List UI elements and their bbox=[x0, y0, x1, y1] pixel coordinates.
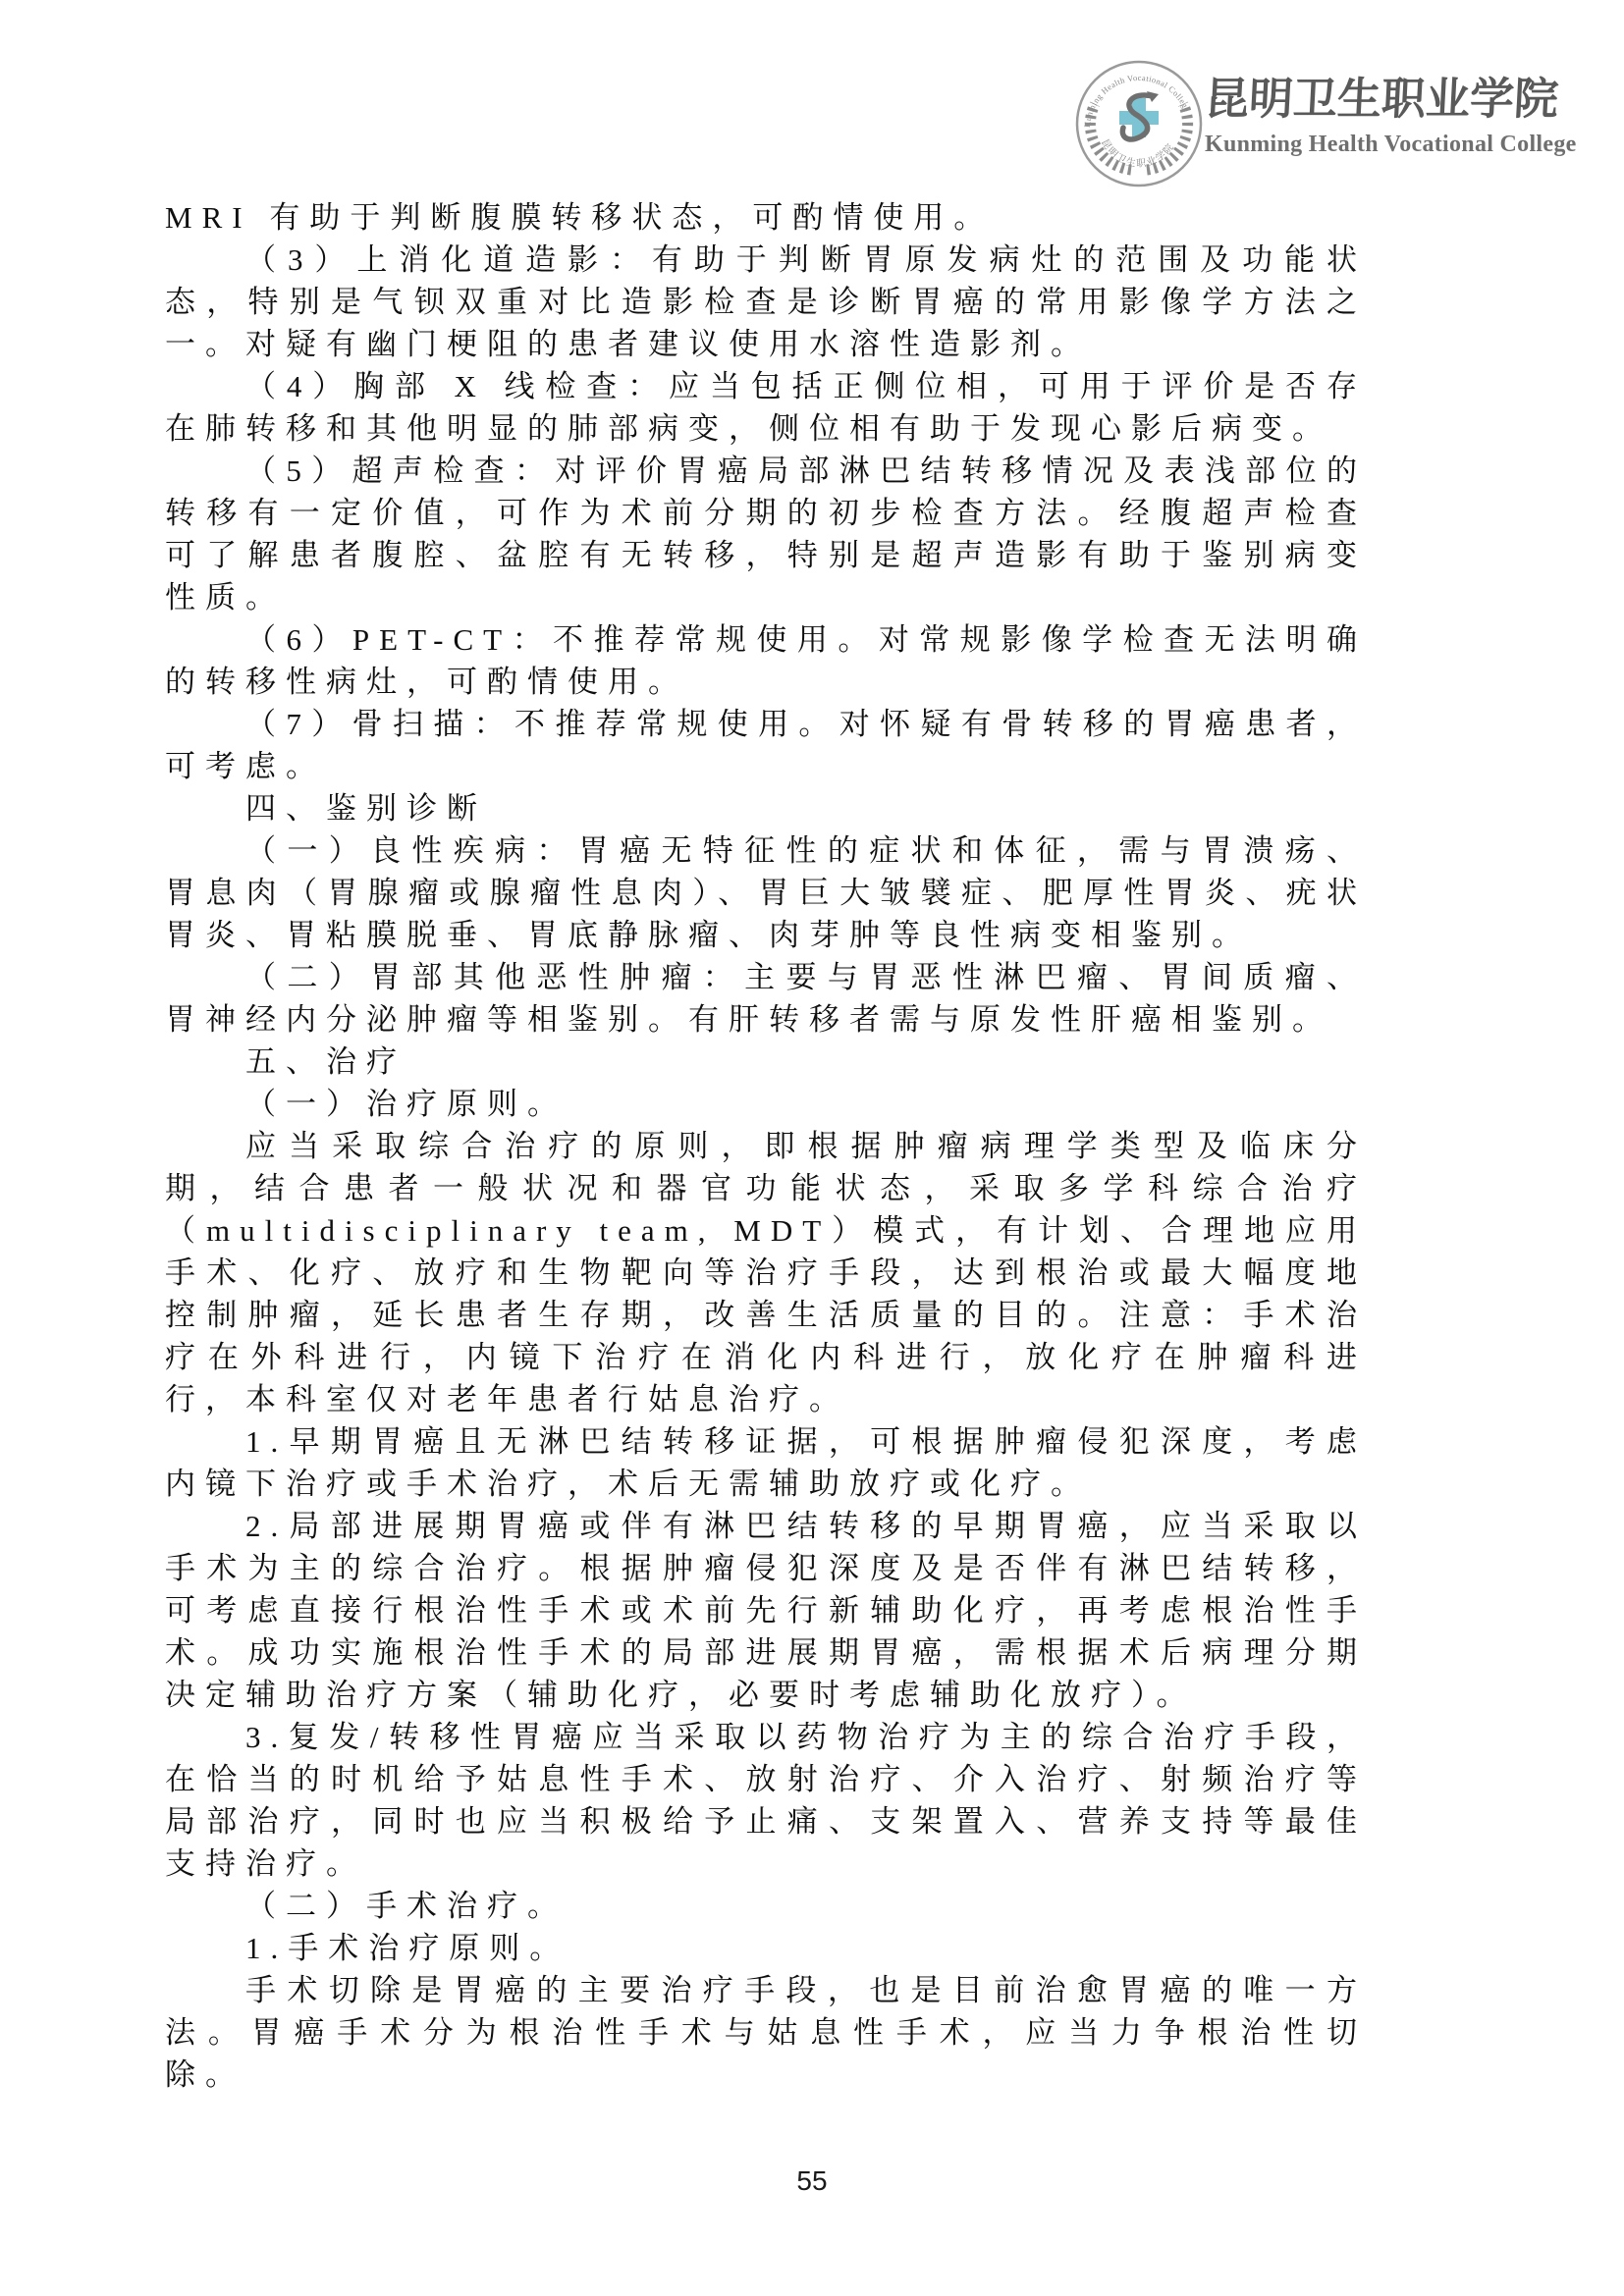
paragraph: MRI 有助于判断腹膜转移状态，可酌情使用。 bbox=[165, 196, 1367, 239]
paragraph: （5）超声检查：对评价胃癌局部淋巴结转移情况及表浅部位的转移有一定价值，可作为术… bbox=[165, 450, 1367, 618]
college-seal: Kunming Health Vocational College 昆明卫生职业… bbox=[1074, 59, 1204, 188]
paragraph: 2.局部进展期胃癌或伴有淋巴结转移的早期胃癌，应当采取以手术为主的综合治疗。根据… bbox=[165, 1505, 1367, 1716]
paragraph: 3.复发/转移性胃癌应当采取以药物治疗为主的综合治疗手段，在恰当的时机给予姑息性… bbox=[165, 1716, 1367, 1885]
seal-ring-text-bottom: 昆明卫生职业学院 bbox=[1099, 137, 1177, 170]
paragraph: （二）手术治疗。 bbox=[165, 1885, 1367, 1927]
document-body: MRI 有助于判断腹膜转移状态，可酌情使用。（3）上消化道造影：有助于判断胃原发… bbox=[165, 196, 1367, 2096]
college-name-en: Kunming Health Vocational College bbox=[1205, 131, 1558, 158]
college-name-zh: 昆明卫生职业学院 bbox=[1204, 73, 1560, 126]
page-number: 55 bbox=[0, 2165, 1624, 2197]
paragraph: 1.手术治疗原则。 bbox=[165, 1927, 1367, 1969]
paragraph: 五、治疗 bbox=[165, 1041, 1367, 1083]
paragraph: （一）良性疾病：胃癌无特征性的症状和体征，需与胃溃疡、胃息肉（胃腺瘤或腺瘤性息肉… bbox=[165, 829, 1367, 956]
paragraph: （7）骨扫描：不推荐常规使用。对怀疑有骨转移的胃癌患者，可考虑。 bbox=[165, 703, 1367, 787]
paragraph: 手术切除是胃癌的主要治疗手段，也是目前治愈胃癌的唯一方法。胃癌手术分为根治性手术… bbox=[165, 1969, 1367, 2096]
paragraph: 四、鉴别诊断 bbox=[165, 787, 1367, 829]
paragraph: （3）上消化道造影：有助于判断胃原发病灶的范围及功能状态，特别是气钡双重对比造影… bbox=[165, 239, 1367, 365]
paragraph: 应当采取综合治疗的原则，即根据肿瘤病理学类型及临床分期，结合患者一般状况和器官功… bbox=[165, 1125, 1367, 1420]
paragraph: （二）胃部其他恶性肿瘤：主要与胃恶性淋巴瘤、胃间质瘤、胃神经内分泌肿瘤等相鉴别。… bbox=[165, 956, 1367, 1041]
college-name-block: 昆明卫生职业学院 Kunming Health Vocational Colle… bbox=[1205, 73, 1558, 158]
document-page: Kunming Health Vocational College 昆明卫生职业… bbox=[0, 0, 1624, 2296]
college-seal-icon: Kunming Health Vocational College 昆明卫生职业… bbox=[1074, 59, 1204, 188]
paragraph: （6）PET-CT：不推荐常规使用。对常规影像学检查无法明确的转移性病灶，可酌情… bbox=[165, 618, 1367, 703]
paragraph: （4）胸部 X 线检查：应当包括正侧位相，可用于评价是否存在肺转移和其他明显的肺… bbox=[165, 365, 1367, 450]
paragraph: 1.早期胃癌且无淋巴结转移证据，可根据肿瘤侵犯深度，考虑内镜下治疗或手术治疗，术… bbox=[165, 1420, 1367, 1505]
paragraph: （一）治疗原则。 bbox=[165, 1083, 1367, 1125]
